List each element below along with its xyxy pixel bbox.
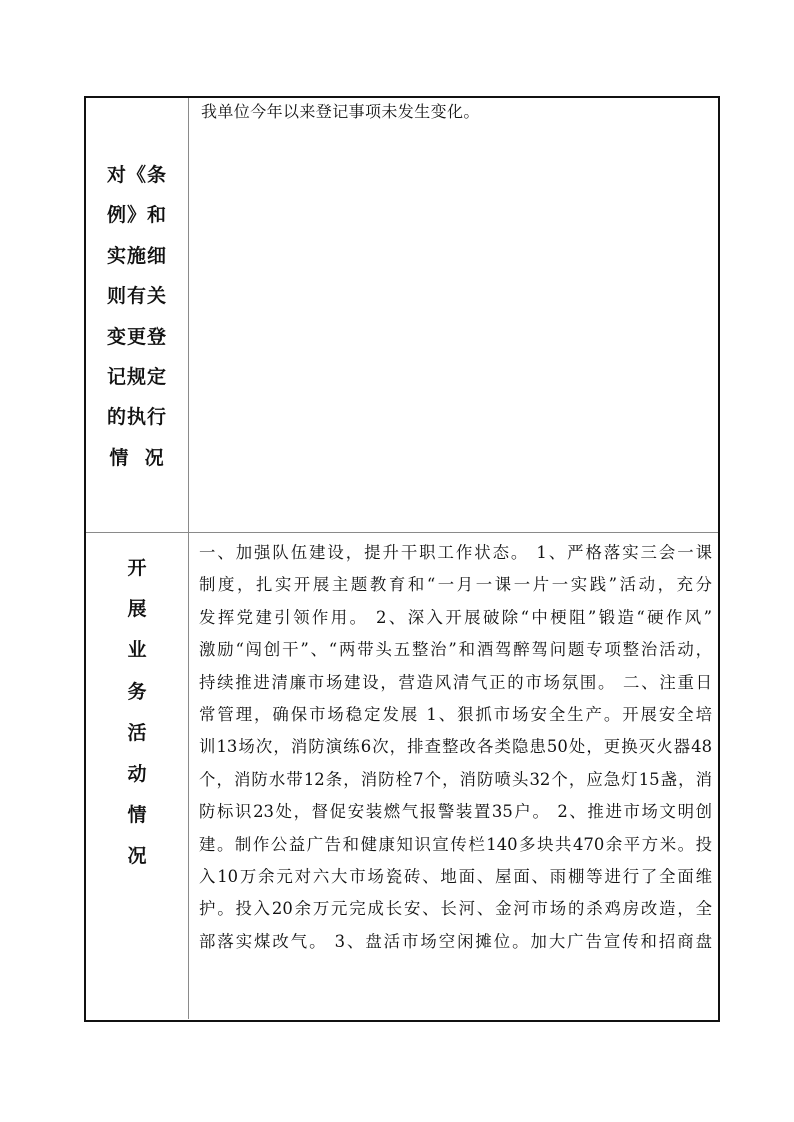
label-line: 变更登: [86, 317, 188, 357]
business-activities-text: 一、加强队伍建设，提升干职工作状态。 1、严格落实三会一课 制度，扎实开展主题教…: [199, 537, 712, 958]
content-line: 护。投入20余万元完成长安、长河、金河市场的杀鸡房改造，全: [199, 893, 712, 925]
content-line: 发挥党建引领作用。 2、深入开展破除“中梗阻”锻造“硬作风”: [199, 602, 712, 634]
content-line: 个，消防水带12条，消防栓7个，消防喷头32个，应急灯15盏，消: [199, 764, 712, 796]
content-line: 常管理，确保市场稳定发展 1、狠抓市场安全生产。开展安全培: [199, 699, 712, 731]
label-char: 动: [86, 754, 188, 795]
label-char: 展: [86, 589, 188, 630]
registration-changes-text: 我单位今年以来登记事项未发生变化。: [201, 100, 710, 124]
label-char: 开: [86, 548, 188, 589]
content-line: 制度，扎实开展主题教育和“一月一课一片一实践”活动，充分: [199, 569, 712, 601]
row-content-cell: 一、加强队伍建设，提升干职工作状态。 1、严格落实三会一课 制度，扎实开展主题教…: [189, 533, 718, 1019]
label-line: 实施细: [86, 236, 188, 276]
content-line: 防标识23处，督促安装燃气报警装置35户。 2、推进市场文明创: [199, 796, 712, 828]
table-row-business-activities: 开 展 业 务 活 动 情 况 一、加强队伍建设，提升干职工作状态。 1、严格落…: [86, 532, 718, 1019]
report-table: 对《条 例》和 实施细 则有关 变更登 记规定 的执行 情 况 我单位今年以来登…: [84, 96, 720, 1022]
content-line: 持续推进清廉市场建设，营造风清气正的市场氛围。 二、注重日: [199, 667, 712, 699]
content-line: 入10万余元对六大市场瓷砖、地面、屋面、雨棚等进行了全面维: [199, 861, 712, 893]
content-line: 一、加强队伍建设，提升干职工作状态。 1、严格落实三会一课: [199, 537, 712, 569]
content-line: 激励“闯创干”、“两带头五整治”和酒驾醉驾问题专项整治活动，: [199, 634, 712, 666]
content-line: 建。制作公益广告和健康知识宣传栏140多块共470余平方米。投: [199, 829, 712, 861]
label-char: 情: [86, 795, 188, 836]
label-char: 业: [86, 630, 188, 671]
row-label-business-activities: 开 展 业 务 活 动 情 况: [86, 548, 188, 878]
label-line: 例》和: [86, 195, 188, 235]
label-line: 记规定: [86, 357, 188, 397]
label-line: 则有关: [86, 276, 188, 316]
row-label-cell: 开 展 业 务 活 动 情 况: [86, 533, 189, 1019]
row-label-regulation-execution: 对《条 例》和 实施细 则有关 变更登 记规定 的执行 情 况: [86, 155, 188, 478]
label-line: 对《条: [86, 155, 188, 195]
table-row-registration-changes: 对《条 例》和 实施细 则有关 变更登 记规定 的执行 情 况 我单位今年以来登…: [86, 98, 718, 532]
document-page: 对《条 例》和 实施细 则有关 变更登 记规定 的执行 情 况 我单位今年以来登…: [0, 0, 794, 1122]
label-char: 务: [86, 672, 188, 713]
content-line: 训13场次，消防演练6次，排查整改各类隐患50处，更换灭火器48: [199, 731, 712, 763]
content-line: 部落实煤改气。 3、盘活市场空闲摊位。加大广告宣传和招商盘: [199, 926, 712, 958]
label-char: 活: [86, 713, 188, 754]
row-content-cell: 我单位今年以来登记事项未发生变化。: [189, 98, 718, 532]
content-line: 我单位今年以来登记事项未发生变化。: [201, 102, 480, 121]
label-line: 情 况: [86, 438, 188, 478]
label-line: 的执行: [86, 397, 188, 437]
row-label-cell: 对《条 例》和 实施细 则有关 变更登 记规定 的执行 情 况: [86, 98, 189, 532]
label-char: 况: [86, 836, 188, 877]
